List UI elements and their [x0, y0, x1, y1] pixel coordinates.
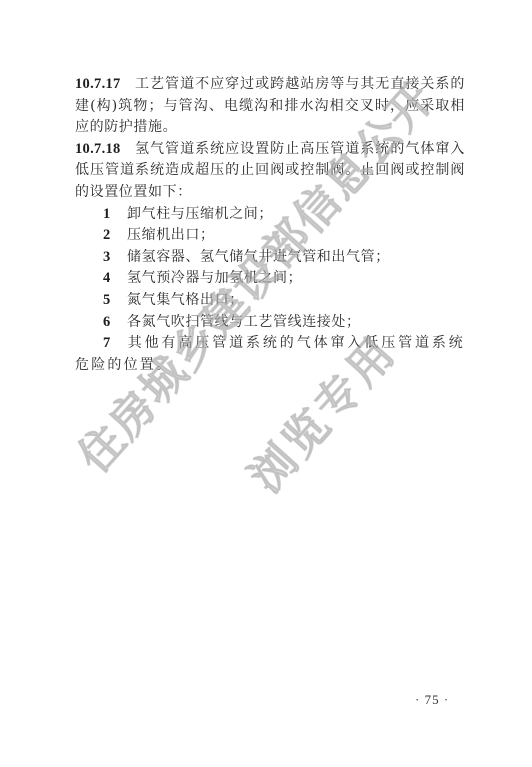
item-text: 氮气集气格出口； — [127, 292, 244, 308]
clause-text: 氢气管道系统应设置防止高压管道系统的气体窜入低压管道系统造成超压的止回阀或控制阀… — [75, 141, 465, 200]
item-text: 储氢容器、氢气储气井进气管和出气管； — [127, 249, 390, 265]
list-item: 2压缩机出口； — [75, 225, 465, 247]
page-number: · 75 · — [415, 692, 449, 708]
list-item: 5氮气集气格出口； — [75, 290, 465, 312]
item-text: 压缩机出口； — [127, 227, 215, 243]
list-item: 3储氢容器、氢气储气井进气管和出气管； — [75, 247, 465, 269]
page-content: 10.7.17工艺管道不应穿过或跨越站房等与其无直接关系的建(构)筑物；与管沟、… — [75, 74, 465, 376]
list-item: 7其他有高压管道系统的气体窜入低压管道系统危险的位置。 — [75, 333, 465, 376]
list-item: 1卸气柱与压缩机之间； — [75, 204, 465, 226]
clause-text: 工艺管道不应穿过或跨越站房等与其无直接关系的建(构)筑物；与管沟、电缆沟和排水沟… — [75, 76, 465, 135]
list-item: 4氢气预冷器与加氢机之间； — [75, 268, 465, 290]
item-text: 氢气预冷器与加氢机之间； — [127, 270, 302, 286]
item-text: 卸气柱与压缩机之间； — [127, 206, 273, 222]
clause-10-7-18: 10.7.18氢气管道系统应设置防止高压管道系统的气体窜入低压管道系统造成超压的… — [75, 139, 465, 204]
list-item: 6各氮气吹扫管线与工艺管线连接处； — [75, 312, 465, 334]
clause-10-7-17: 10.7.17工艺管道不应穿过或跨越站房等与其无直接关系的建(构)筑物；与管沟、… — [75, 74, 465, 139]
item-number: 2 — [103, 225, 127, 247]
document-page: 10.7.17工艺管道不应穿过或跨越站房等与其无直接关系的建(构)筑物；与管沟、… — [0, 0, 532, 767]
clause-number: 10.7.17 — [75, 76, 121, 92]
item-number: 4 — [103, 268, 127, 290]
item-text: 各氮气吹扫管线与工艺管线连接处； — [127, 314, 361, 330]
item-number: 5 — [103, 290, 127, 312]
item-number: 1 — [103, 204, 127, 226]
item-number: 6 — [103, 312, 127, 334]
item-number: 7 — [103, 333, 127, 355]
item-number: 3 — [103, 247, 127, 269]
item-text: 其他有高压管道系统的气体窜入低压管道系统危险的位置。 — [75, 335, 465, 373]
clause-number: 10.7.18 — [75, 141, 121, 157]
